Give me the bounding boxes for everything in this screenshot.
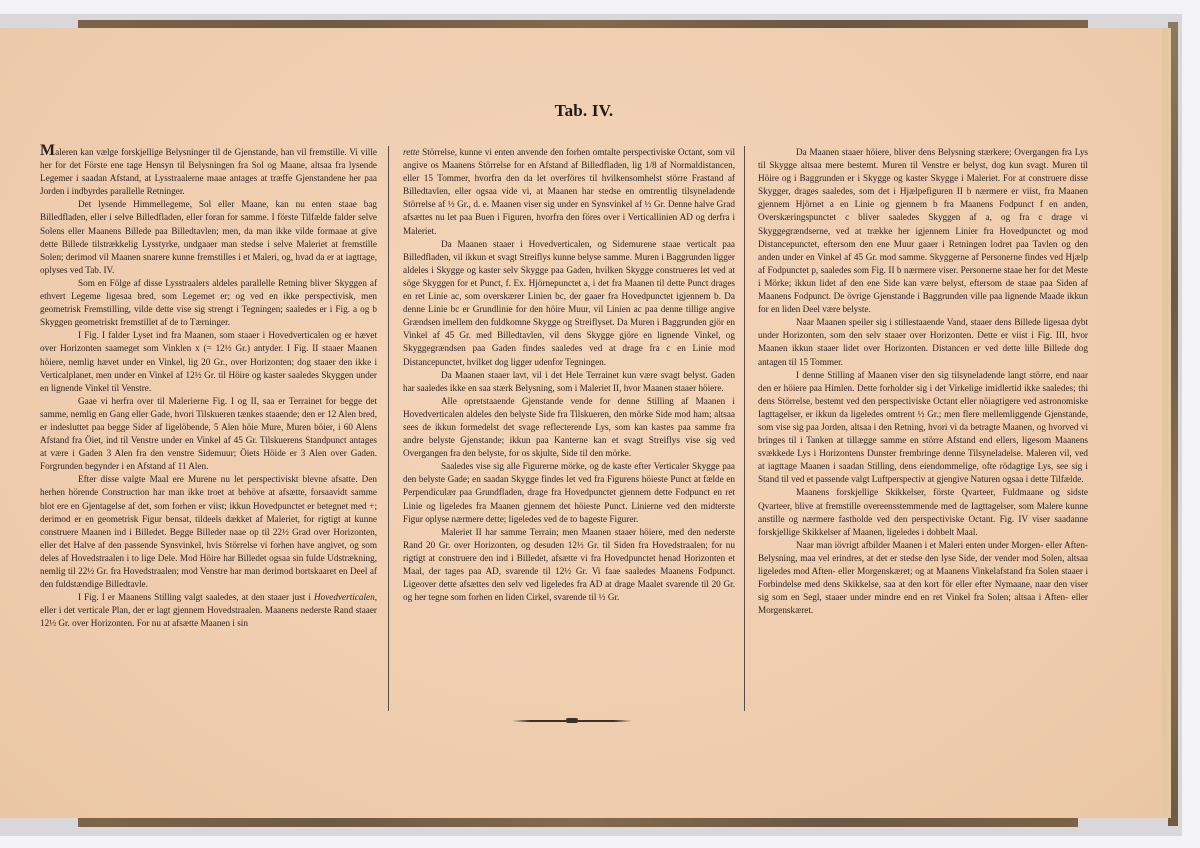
paragraph: Da Maanen staaer lavt, vil i det Hele Te… bbox=[403, 369, 735, 395]
italic-term: rette bbox=[403, 147, 420, 157]
column-divider bbox=[388, 146, 389, 711]
paragraph: Da Maanen staaer höiere, bliver dens Bel… bbox=[758, 146, 1088, 316]
italic-term: Hovedverticalen bbox=[314, 592, 375, 602]
paragraph: Efter disse valgte Maal ere Murene nu le… bbox=[40, 473, 377, 591]
text-column-3: Da Maanen staaer höiere, bliver dens Bel… bbox=[758, 146, 1088, 617]
page-edge bbox=[1162, 28, 1168, 818]
end-ornament-rule bbox=[512, 720, 632, 722]
paragraph: Saaledes vise sig alle Figurerne mörke, … bbox=[403, 460, 735, 525]
paragraph: Som en Fölge af disse Lysstraalers aldel… bbox=[40, 277, 377, 329]
text-column-1: Maleren kan vælge forskjellige Belysning… bbox=[40, 146, 377, 630]
paragraph: Maanens forskjellige Skikkelser, förste … bbox=[758, 486, 1088, 538]
column-divider bbox=[744, 146, 745, 711]
paragraph: Maleriet II har samme Terrain; men Maane… bbox=[403, 526, 735, 605]
paragraph: Det lysende Himmellegeme, Sol eller Maan… bbox=[40, 198, 377, 277]
paragraph: Maleren kan vælge forskjellige Belysning… bbox=[40, 146, 377, 198]
book-board-bottom-edge bbox=[78, 817, 1078, 827]
paragraph: Naar man iövrigt afbilder Maanen i et Ma… bbox=[758, 539, 1088, 618]
paragraph: I denne Stilling af Maanen viser den sig… bbox=[758, 369, 1088, 487]
paragraph: Gaae vi herfra over til Malerierne Fig. … bbox=[40, 395, 377, 474]
paragraph: I Fig. I er Maanens Stilling valgt saale… bbox=[40, 591, 377, 630]
paragraph: Alle opretstaaende Gjenstande vende for … bbox=[403, 395, 735, 460]
paragraph: Da Maanen staaer i Hovedverticalen, og S… bbox=[403, 238, 735, 369]
book-page: Tab. IV. Maleren kan vælge forskjellige … bbox=[0, 28, 1171, 818]
paragraph: rette Störrelse, kunne vi enten anvende … bbox=[403, 146, 735, 238]
paragraph: I Fig. I falder Lyset ind fra Maanen, so… bbox=[40, 329, 377, 394]
page-title: Tab. IV. bbox=[0, 101, 1168, 121]
text-column-2: rette Störrelse, kunne vi enten anvende … bbox=[403, 146, 735, 604]
paragraph: Naar Maanen speiler sig i stillestaaende… bbox=[758, 316, 1088, 368]
drop-cap: M bbox=[40, 142, 55, 159]
